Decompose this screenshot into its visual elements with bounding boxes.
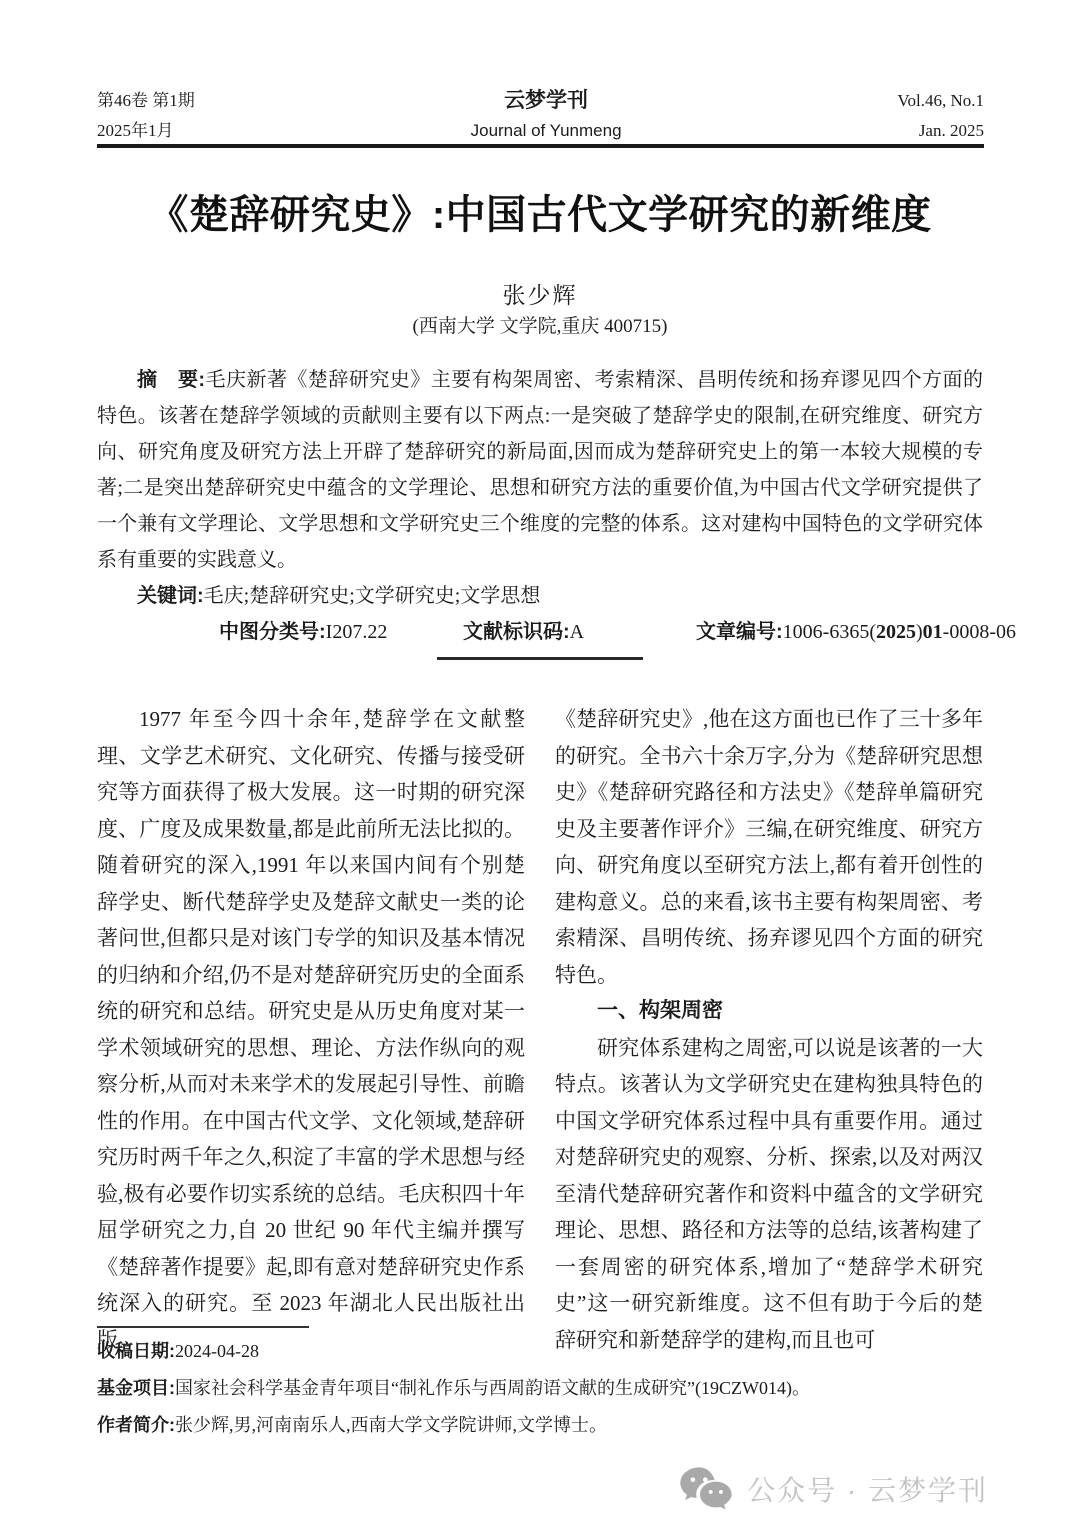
- article-id-p4: 01: [923, 621, 943, 643]
- journal-page: 第46卷 第1期 2025年1月 云梦学刊 Journal of Yunmeng…: [0, 0, 1080, 1528]
- page-title: 《楚辞研究史》:中国古代文学研究的新维度: [0, 183, 1080, 240]
- meta-line: 中图分类号:I207.22文献标识码:A文章编号:1006-6365(2025)…: [97, 614, 983, 650]
- article-id-p5: -0008-06: [943, 621, 1016, 643]
- body-columns: 1977 年至今四十余年,楚辞学在文献整理、文学艺术研究、文化研究、传播与接受研…: [97, 701, 983, 1358]
- fund-project-line: 基金项目:国家社会科学基金青年项目“制礼作乐与西周韵语文献的生成研究”(19CZ…: [97, 1370, 983, 1407]
- abstract-paragraph: 摘 要:毛庆新著《楚辞研究史》主要有构架周密、考索精深、昌明传统和扬弃谬见四个方…: [97, 362, 983, 578]
- body-paragraph-left: 1977 年至今四十余年,楚辞学在文献整理、文学艺术研究、文化研究、传播与接受研…: [97, 701, 525, 1358]
- author-bio-value: 张少辉,男,河南南乐人,西南大学文学院讲师,文学博士。: [175, 1415, 607, 1435]
- section-heading-1: 一、构架周密: [555, 993, 983, 1030]
- watermark-text: 公众号 · 云梦学刊: [747, 1469, 988, 1509]
- footnote-rule: [97, 1326, 309, 1328]
- article-id-p2: 2025: [876, 621, 916, 643]
- clc-label: 中图分类号:: [219, 621, 326, 643]
- received-date-value: 2024-04-28: [175, 1341, 259, 1361]
- clc-value: I207.22: [326, 621, 388, 643]
- header-left: 第46卷 第1期 2025年1月: [97, 86, 195, 146]
- author-affiliation: (西南大学 文学院,重庆 400715): [0, 311, 1080, 338]
- body-paragraph-right-1: 《楚辞研究史》,他在这方面也已作了三十多年的研究。全书六十余万字,分为《楚辞研究…: [555, 701, 983, 993]
- article-id-segment: 文章编号:1006-6365(2025)01-0008-06: [656, 614, 1016, 650]
- footnotes-block: 收稿日期:2024-04-28 基金项目:国家社会科学基金青年项目“制礼作乐与西…: [97, 1326, 983, 1444]
- received-date-line: 收稿日期:2024-04-28: [97, 1333, 983, 1370]
- journal-name-cn: 云梦学刊: [471, 86, 622, 116]
- header-center: 云梦学刊 Journal of Yunmeng: [471, 86, 622, 146]
- left-column: 1977 年至今四十余年,楚辞学在文献整理、文学艺术研究、文化研究、传播与接受研…: [97, 701, 525, 1358]
- author-bio-label: 作者简介:: [97, 1415, 175, 1435]
- doc-code-segment: 文献标识码:A: [423, 614, 656, 650]
- keywords-text: 毛庆;楚辞研究史;文学研究史;文学思想: [204, 585, 541, 607]
- wechat-icon: [679, 1466, 733, 1512]
- journal-name-en: Journal of Yunmeng: [471, 116, 622, 146]
- keywords-label: 关键词:: [137, 585, 204, 607]
- received-date-label: 收稿日期:: [97, 1341, 175, 1361]
- right-column: 《楚辞研究史》,他在这方面也已作了三十多年的研究。全书六十余万字,分为《楚辞研究…: [555, 701, 983, 1358]
- author-name: 张少辉: [0, 277, 1080, 310]
- abstract-block: 摘 要:毛庆新著《楚辞研究史》主要有构架周密、考索精深、昌明传统和扬弃谬见四个方…: [97, 362, 983, 650]
- date-cn: 2025年1月: [97, 116, 195, 146]
- fund-project-value: 国家社会科学基金青年项目“制礼作乐与西周韵语文献的生成研究”(19CZW014)…: [175, 1378, 810, 1398]
- abstract-body-divider: [437, 657, 643, 660]
- abstract-text: 毛庆新著《楚辞研究史》主要有构架周密、考索精深、昌明传统和扬弃谬见四个方面的特色…: [97, 369, 983, 571]
- clc-segment: 中图分类号:I207.22: [179, 614, 423, 650]
- header-divider-rule: [97, 144, 984, 148]
- date-en: Jan. 2025: [897, 116, 984, 146]
- doc-code-value: A: [570, 621, 584, 643]
- header-right: Vol.46, No.1 Jan. 2025: [897, 86, 984, 146]
- fund-project-label: 基金项目:: [97, 1378, 175, 1398]
- body-paragraph-right-2: 研究体系建构之周密,可以说是该著的一大特点。该著认为文学研究史在建构独具特色的中…: [555, 1030, 983, 1359]
- journal-header: 第46卷 第1期 2025年1月 云梦学刊 Journal of Yunmeng…: [97, 86, 984, 146]
- wechat-watermark: 公众号 · 云梦学刊: [679, 1466, 988, 1512]
- volume-issue-en: Vol.46, No.1: [897, 86, 984, 116]
- article-id-p3: ): [916, 621, 923, 643]
- author-bio-line: 作者简介:张少辉,男,河南南乐人,西南大学文学院讲师,文学博士。: [97, 1407, 983, 1444]
- volume-issue-cn: 第46卷 第1期: [97, 86, 195, 116]
- keywords-line: 关键词:毛庆;楚辞研究史;文学研究史;文学思想: [97, 578, 983, 614]
- article-id-p1: 1006-6365(: [783, 621, 876, 643]
- article-id-label: 文章编号:: [696, 621, 783, 643]
- abstract-label: 摘 要:: [137, 369, 205, 391]
- doc-code-label: 文献标识码:: [463, 621, 570, 643]
